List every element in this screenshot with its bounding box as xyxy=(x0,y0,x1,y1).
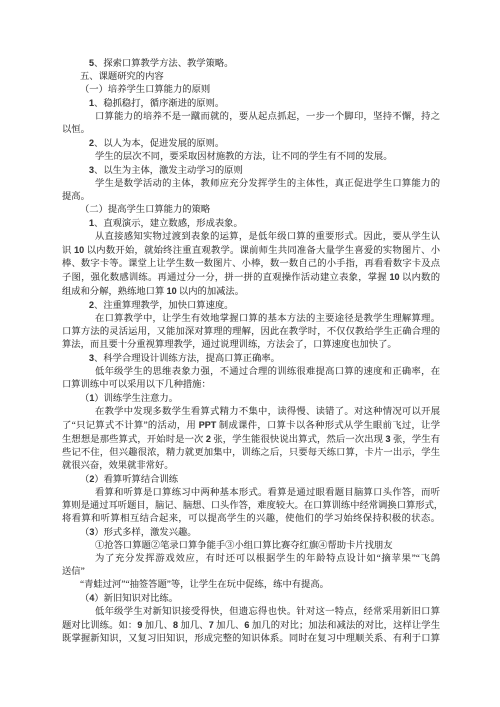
text-line: 识 10 以内数开始，就始终注重直观教学。课前师生共同准备大量学生喜爱的实物图片… xyxy=(62,244,440,258)
text-line: 学生是数学活动的主体，教师应充分发挥学生的主体性，真正促进学生口算能力的 xyxy=(62,178,440,191)
text-line: （二）提高学生口算能力的策略 xyxy=(62,204,440,217)
text-line: 生想想是那些算式，开始时是一次 2 张，学生能很快说出算式，然后一次出现 3 张… xyxy=(62,433,440,447)
text-line: （1）训练学生注意力。 xyxy=(62,392,440,406)
text-line: 既掌握新知识，又复习旧知识，形成完整的知识体系。同时在复习中理顺关系、有利于口算 xyxy=(62,633,440,646)
text-line: 五、课题研究的内容 xyxy=(62,71,440,84)
text-line: 在口算教学中，让学生有效地掌握口算的基本方法的主要途径是教学生理解算理。 xyxy=(62,313,440,326)
text-line: “青蛙过河”“抽签答题”等，让学生在玩中促练，练中有提高。 xyxy=(62,579,440,592)
text-line: 些记不住，但兴趣很浓，精力就更加集中，训练之后，只要每天练口算，卡片一出示，学生 xyxy=(62,447,440,460)
text-line: 口算训练中可以采用以下几种措施： xyxy=(62,379,440,392)
text-line: ①抢答口算题②笔录口算争能手③小组口算比赛夺红旗④帮助卡片找朋友 xyxy=(62,540,440,553)
text-line: 5、探索口算教学方法、教学策略。 xyxy=(62,57,440,71)
text-line: 1、稳抓稳打，循序渐进的原则。 xyxy=(62,97,440,111)
text-line: 子图，强化数感训练。再通过分一分，拼一拼的直观操作活动建立表象，掌握 10 以内… xyxy=(62,271,440,285)
document-page: 5、探索口算教学方法、教学策略。 五、课题研究的内容 （一）培养学生口算能力的原… xyxy=(0,0,500,707)
text-line: 组成和分解，熟练地口算 10 以内的加减法。 xyxy=(62,285,440,299)
text-line: （一）培养学生口算能力的原则 xyxy=(62,84,440,97)
text-line: 提高。 xyxy=(62,191,440,204)
text-line: 低年级学生的思维表象力强，不通过合理的训练很难提高口算的速度和正确率，在 xyxy=(62,366,440,379)
text-line: 从直接感知实物过渡到表象的运算，是低年级口算的重要形式。因此，要从学生认 xyxy=(62,231,440,244)
text-line: 题对比训练。如：9 加几、8 加几、7 加几、6 加几的对比；加法和减法的对比，… xyxy=(62,619,440,633)
text-line: （4）新旧知识对比练。 xyxy=(62,592,440,606)
text-line: 为了充分发挥游戏效应，有时还可以根据学生的年龄特点设计如“摘苹果”“飞鸽 xyxy=(62,553,440,566)
text-line: 低年级学生对新知识接受得快，但遗忘得也快。针对这一特点，经常采用新旧口算 xyxy=(62,606,440,619)
text-line: 口算能力的培养不是一蹴而就的，要从起点抓起，一步一个脚印，坚持不懈，持之 xyxy=(62,111,440,124)
text-line: 2、注重算理教学，加快口算速度。 xyxy=(62,299,440,313)
text-line: 算则是通过耳听题目，脑记、脑想、口头作答，难度较大。在口算训练中经常调换口算形式… xyxy=(62,500,440,513)
text-line: 3、科学合理设计训练方法，提高口算正确率。 xyxy=(62,352,440,366)
text-line: 看算和听算是口算练习中两种基本形式。看算是通过眼看题目脑算口头作答，而听 xyxy=(62,487,440,500)
text-line: 以恒。 xyxy=(62,124,440,137)
text-line: 学生的层次不同，要采取因材施教的方法，让不同的学生有不同的发展。 xyxy=(62,151,440,164)
text-line: 1、直观演示，建立数感，形成表象。 xyxy=(62,217,440,231)
text-line: 就很兴奋，效果就非常好。 xyxy=(62,460,440,473)
text-line: （2）看算听算结合训练 xyxy=(62,473,440,487)
text-line: 在教学中发现多数学生看算式精力不集中，读得慢、读错了。对这种情况可以开展 xyxy=(62,406,440,419)
text-line: 送信” xyxy=(62,566,440,579)
text-line: 算法，而且要十分重视算理教学，通过说理训练，方法会了，口算速度也加快了。 xyxy=(62,339,440,352)
text-line: 棒、数字卡等。课堂上让学生数一数图片、小棒，数一数自己的小手指，再看看数字卡及点 xyxy=(62,258,440,271)
text-line: 将看算和听算相互结合起来，可以提高学生的兴趣，使他们的学习始终保持积极的状态。 xyxy=(62,513,440,526)
text-line: 3、以生为主体，激发主动学习的原则 xyxy=(62,164,440,178)
text-line: 了“只记算式不计算”的活动，用 PPT 制成课件，口算卡以各种形式从学生眼前飞过… xyxy=(62,419,440,433)
text-line: （3）形式多样，激发兴趣。 xyxy=(62,526,440,540)
text-line: 2、以人为本，促进发展的原则。 xyxy=(62,137,440,151)
text-line: 口算方法的灵活运用，又能加深对算理的理解，因此在教学时，不仅仅教给学生正确合理的 xyxy=(62,326,440,339)
